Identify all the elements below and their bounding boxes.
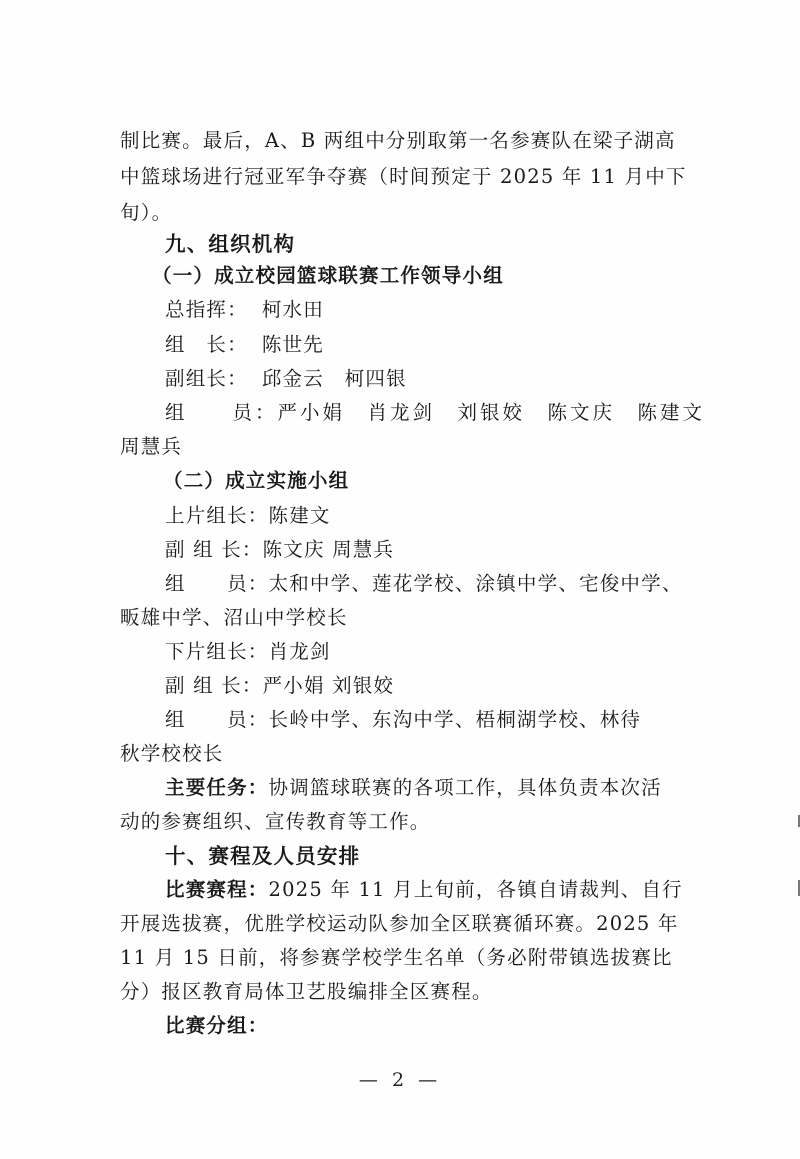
org-row-commander: 总指挥：柯水田 [165, 293, 324, 327]
lower-deputy-row: 副 组 长：严小娟 刘银姣 [165, 669, 394, 703]
row-label: 副 组 长： [165, 674, 263, 697]
row-label: 组 员： [165, 708, 269, 731]
paragraph-line: 中篮球场进行冠亚军争夺赛（时间预定于 2025 年 11 月中下 [120, 160, 687, 194]
row-value: 严小娟 刘银姣 [263, 674, 395, 697]
row-label: 组 员： [165, 572, 269, 595]
row-value: 太和中学、莲花学校、涂镇中学、宅俊中学、 [269, 572, 683, 595]
lower-members-row: 组 员：长岭中学、东沟中学、梧桐湖学校、林待 [165, 703, 641, 737]
org-row-leader: 组 长：陈世先 [165, 328, 324, 362]
upper-members-continued: 畈雄中学、沼山中学校长 [120, 601, 348, 635]
row-value: 陈建文 [269, 504, 331, 527]
org-row-deputy: 副组长：邱金云 柯四银 [165, 362, 407, 396]
paragraph-line: 旬）。 [120, 196, 172, 230]
row-value: 陈世先 [262, 333, 324, 356]
schedule-line: 11 月 15 日前，将参赛学校学生名单（务必附带镇选拔赛比 [120, 941, 673, 975]
row-value: 陈文庆 周慧兵 [263, 538, 395, 561]
row-label: 副组长： [165, 367, 248, 390]
schedule-label: 比赛赛程： [165, 878, 269, 901]
lower-leader-row: 下片组长：肖龙剑 [165, 635, 331, 669]
row-value: 柯水田 [262, 298, 324, 321]
row-label: 上片组长： [165, 504, 269, 527]
task-label: 主要任务： [165, 776, 269, 799]
row-value: 严小娟 肖龙剑 刘银姣 陈文庆 陈建文 [278, 401, 706, 424]
schedule-line: 分）报区教育局体卫艺股编排全区赛程。 [120, 975, 493, 1009]
task-text: 协调篮球联赛的各项工作，具体负责本次活 [269, 776, 662, 799]
org-row-members-continued: 周慧兵 [120, 430, 182, 464]
upper-deputy-row: 副 组 长：陈文庆 周慧兵 [165, 533, 394, 567]
document-page: 制比赛。最后，A、B 两组中分别取第一名参赛队在梁子湖高 中篮球场进行冠亚军争夺… [0, 0, 800, 1159]
row-value: 肖龙剑 [269, 640, 331, 663]
row-label: 副 组 长： [165, 538, 263, 561]
row-value: 长岭中学、东沟中学、梧桐湖学校、林待 [269, 708, 642, 731]
main-task-row: 主要任务：协调篮球联赛的各项工作，具体负责本次活 [165, 771, 662, 805]
org-row-members: 组 员：严小娟 肖龙剑 刘银姣 陈文庆 陈建文 [165, 396, 705, 430]
subsection-heading-leadership-group: （一）成立校园篮球联赛工作领导小组 [152, 259, 504, 293]
grouping-label: 比赛分组： [165, 1009, 269, 1043]
upper-members-row: 组 员：太和中学、莲花学校、涂镇中学、宅俊中学、 [165, 567, 683, 601]
paragraph-line: 制比赛。最后，A、B 两组中分别取第一名参赛队在梁子湖高 [120, 124, 676, 158]
section-heading-schedule: 十、赛程及人员安排 [165, 839, 360, 873]
section-heading-organization: 九、组织机构 [165, 227, 295, 261]
subsection-heading-implementation-group: （二）成立实施小组 [163, 464, 349, 498]
schedule-row: 比赛赛程：2025 年 11 月上旬前，各镇自请裁判、自行 [165, 873, 683, 907]
schedule-line: 开展选拔赛，优胜学校运动队参加全区联赛循环赛。2025 年 [120, 907, 679, 941]
schedule-text: 2025 年 11 月上旬前，各镇自请裁判、自行 [269, 878, 683, 901]
row-label: 总指挥： [165, 298, 248, 321]
row-label: 组 员： [165, 401, 278, 424]
upper-leader-row: 上片组长：陈建文 [165, 499, 331, 533]
row-label: 组 长： [165, 333, 248, 356]
lower-members-continued: 秋学校校长 [120, 737, 224, 771]
page-number: — 2 — [0, 1068, 800, 1092]
row-label: 下片组长： [165, 640, 269, 663]
main-task-continued: 动的参赛组织、宣传教育等工作。 [120, 805, 431, 839]
row-value: 邱金云 柯四银 [262, 367, 407, 390]
